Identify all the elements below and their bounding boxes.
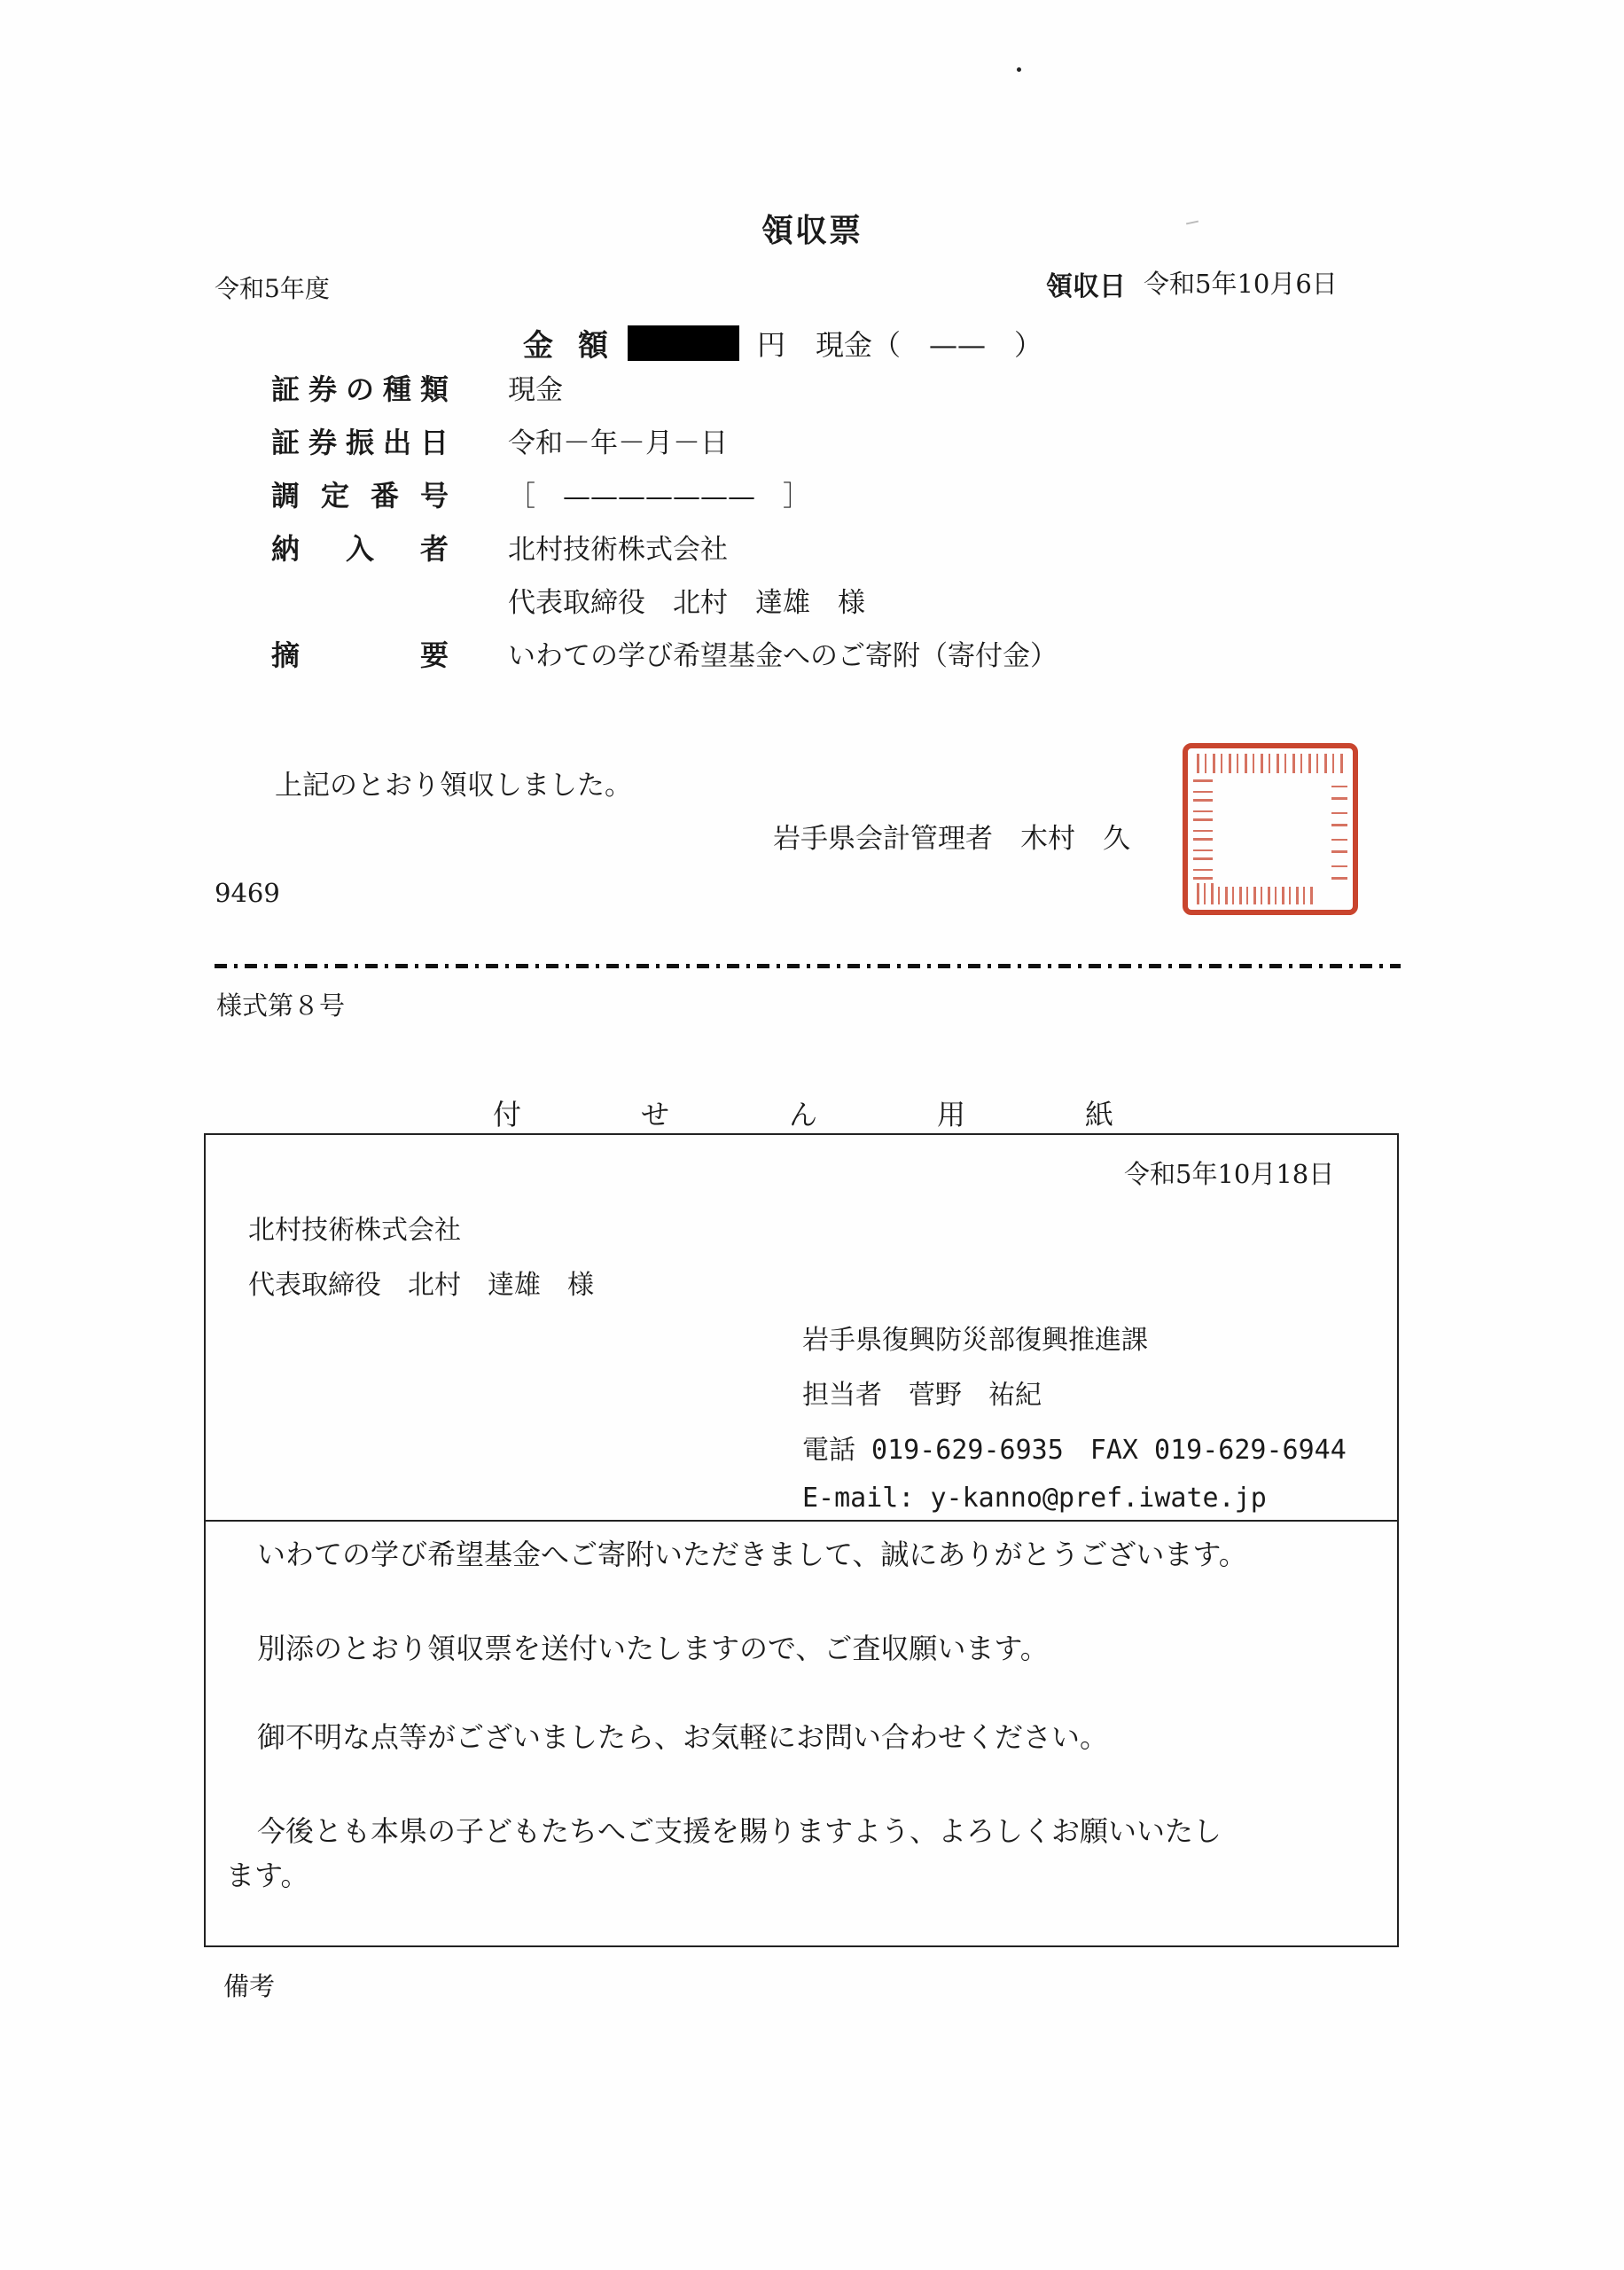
- field-label-issue-date: 証券振出日: [271, 420, 449, 461]
- received-statement: 上記のとおり領収しました。: [275, 763, 632, 802]
- accountant-name: 岩手県会計管理者 木村 久: [773, 816, 1130, 856]
- fiscal-year: 令和5年度: [215, 270, 330, 305]
- amount-redaction: [628, 325, 739, 361]
- message-line: 御不明な点等がございましたら、お気軽にお問い合わせください。: [257, 1715, 1108, 1756]
- sender-contact: 担当者 菅野 祐紀: [802, 1373, 1042, 1412]
- amount-row: 金額 円 現金（ —— ）: [523, 321, 1042, 364]
- recipient-representative: 代表取締役 北村 達雄 様: [248, 1263, 594, 1302]
- receipt-date-label: 領収日: [1046, 264, 1126, 303]
- field-label-security-type: 証券の種類: [271, 367, 449, 408]
- title-char: せ: [641, 1092, 669, 1133]
- field-value-summary: いわての学び希望基金へのご寄附（寄付金）: [508, 633, 1058, 673]
- receipt-title: 領収票: [0, 206, 1624, 251]
- cash-note: 現金（ —— ）: [816, 323, 1042, 364]
- message-line: 今後とも本県の子どもたちへご支援を賜りますよう、よろしくお願いいたし: [257, 1809, 1222, 1850]
- seal-pattern-left: [1193, 775, 1213, 880]
- scan-speck: [1017, 67, 1021, 72]
- seal-redaction: [1216, 775, 1317, 887]
- sender-email: E-mail: y-kanno@pref.iwate.jp: [802, 1483, 1267, 1514]
- note-divider: [206, 1520, 1397, 1522]
- sender-phone-fax: 電話 019-629-6935 FAX 019-629-6944: [802, 1428, 1347, 1467]
- message-line: 別添のとおり領収票を送付いたしますので、ご査収願います。: [257, 1626, 1049, 1667]
- currency-unit: 円: [757, 323, 785, 364]
- sticky-note-title: 付 せ ん 用 紙: [493, 1092, 1113, 1133]
- field-value-assessment-number: ［ ——————— ］: [508, 474, 810, 513]
- field-label-payer: 納入者: [271, 527, 449, 567]
- cut-line-divider: [215, 964, 1401, 968]
- title-char: 紙: [1085, 1092, 1113, 1133]
- receipt-date: 令和5年10月6日: [1144, 264, 1338, 301]
- form-number: 様式第８号: [216, 986, 345, 1022]
- message-line: いわての学び希望基金へご寄附いただきまして、誠にありがとうございます。: [257, 1532, 1247, 1573]
- title-char: ん: [789, 1092, 817, 1133]
- note-date: 令和5年10月18日: [1124, 1155, 1334, 1191]
- remarks-label: 備考: [223, 1967, 275, 2003]
- field-label-summary: 摘要: [271, 633, 449, 674]
- field-value-issue-date: 令和－年－月－日: [508, 420, 728, 460]
- seal-pattern-top: [1197, 754, 1344, 773]
- sender-department: 岩手県復興防災部復興推進課: [802, 1318, 1148, 1357]
- official-seal-stamp: [1183, 743, 1358, 915]
- seal-pattern-right: [1331, 775, 1347, 880]
- title-char: 用: [937, 1092, 965, 1133]
- field-value-security-type: 現金: [508, 367, 563, 407]
- field-value-payer-company: 北村技術株式会社: [508, 527, 728, 567]
- recipient-company: 北村技術株式会社: [248, 1208, 461, 1247]
- amount-label: 金額: [523, 321, 633, 364]
- message-line-wrap: ます。: [226, 1853, 308, 1894]
- field-value-payer-rep: 代表取締役 北村 達雄 様: [508, 580, 865, 620]
- document-number: 9469: [215, 878, 280, 908]
- title-char: 付: [493, 1092, 521, 1133]
- field-label-assessment-number: 調定番号: [271, 474, 449, 514]
